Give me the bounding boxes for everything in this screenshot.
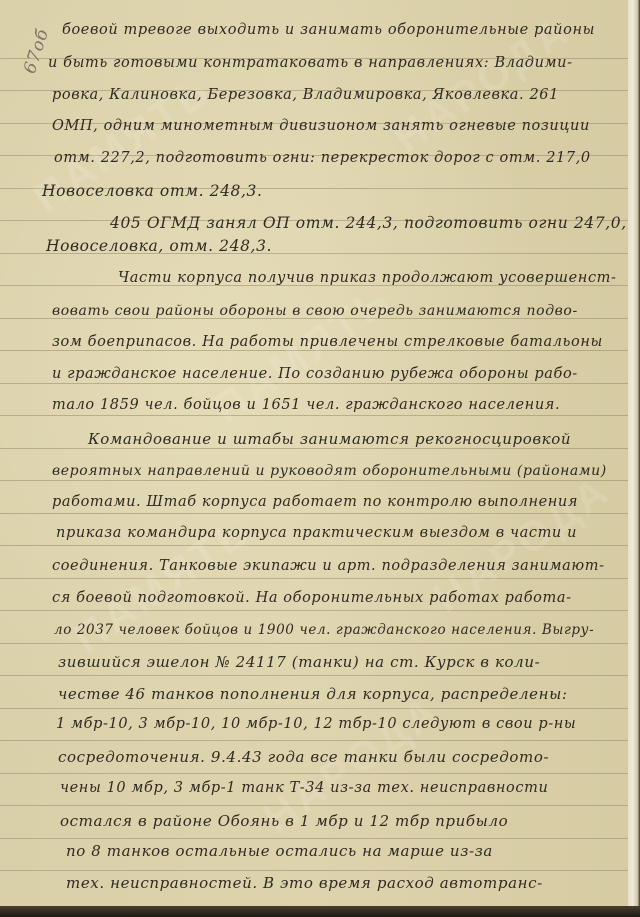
text-line: вероятных направлений и руководят оборон…	[52, 463, 607, 479]
text-line: ло 2037 человек бойцов и 1900 чел. гражд…	[54, 622, 594, 638]
text-line: боевой тревоге выходить и занимать оборо…	[62, 22, 595, 38]
text-line: честве 46 танков пополнения для корпуса,…	[58, 685, 568, 703]
text-line: остался в районе Обоянь в 1 мбр и 12 тбр…	[60, 812, 508, 830]
text-line: зившийся эшелон № 24117 (танки) на ст. К…	[58, 653, 540, 671]
ruled-line	[0, 513, 628, 514]
text-line: соединения. Танковые экипажи и арт. подр…	[52, 558, 605, 574]
text-line: Командование и штабы занимаются рекогнос…	[88, 430, 571, 448]
ruled-line	[0, 578, 628, 579]
text-line: тех. неисправностей. В это время расход …	[66, 874, 543, 892]
text-line: ОМП, одним минометным дивизионом занять …	[52, 118, 590, 134]
text-line: 405 ОГМД занял ОП отм. 244,3, подготовит…	[110, 214, 627, 232]
text-line: по 8 танков остальные остались на марше …	[66, 842, 493, 860]
ruled-line	[0, 448, 628, 449]
ruled-line	[0, 805, 628, 806]
text-line: ровка, Калиновка, Березовка, Владимировк…	[52, 87, 559, 103]
ruled-line	[0, 643, 628, 644]
ruled-line	[0, 740, 628, 741]
text-line: вовать свои районы обороны в свою очеред…	[52, 303, 578, 319]
ruled-line	[0, 870, 628, 871]
text-line: чены 10 мбр, 3 мбр-1 танк Т-34 из-за тех…	[60, 780, 548, 796]
ruled-line	[0, 838, 628, 839]
ruled-line	[0, 415, 628, 416]
text-line: работами. Штаб корпуса работает по контр…	[52, 494, 578, 510]
text-line: ся боевой подготовкой. На оборонительных…	[52, 590, 572, 606]
text-line: Новоселовка, отм. 248,3.	[46, 237, 272, 255]
ruled-line	[0, 383, 628, 384]
text-line: зом боеприпасов. На работы привлечены ст…	[52, 334, 603, 350]
ruled-line	[0, 708, 628, 709]
text-line: 1 мбр-10, 3 мбр-10, 10 мбр-10, 12 тбр-10…	[56, 716, 576, 732]
text-line: сосредоточения. 9.4.43 года все танки бы…	[58, 748, 549, 766]
text-line: Части корпуса получив приказ продолжают …	[118, 270, 617, 286]
page-bottom-edge	[0, 906, 640, 917]
ruled-line	[0, 675, 628, 676]
text-line: Новоселовка отм. 248,3.	[42, 182, 263, 200]
document-page: ПАМЯТЬ НАРОДА ПАМЯТЬ НАРОДА ПАМЯТЬ НАРОД…	[0, 0, 628, 906]
ruled-line	[0, 610, 628, 611]
ruled-line	[0, 773, 628, 774]
text-line: и быть готовыми контратаковать в направл…	[48, 55, 573, 71]
text-line: приказа командира корпуса практическим в…	[56, 525, 577, 541]
ruled-line	[0, 545, 628, 546]
text-line: и гражданское население. По созданию руб…	[52, 366, 578, 382]
ruled-line	[0, 350, 628, 351]
ruled-line	[0, 480, 628, 481]
text-line: отм. 227,2, подготовить огни: перекресто…	[54, 150, 591, 166]
page-binding-edge	[628, 0, 640, 917]
text-line: тало 1859 чел. бойцов и 1651 чел. гражда…	[52, 397, 560, 413]
